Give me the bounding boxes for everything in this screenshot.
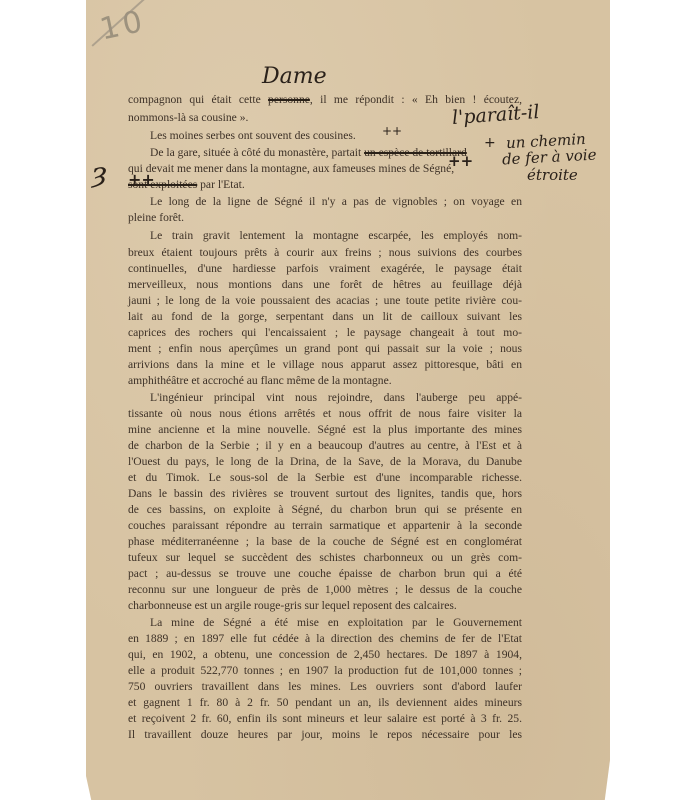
insert-mark-above: ++: [382, 124, 402, 138]
handwritten-dame: Dame: [262, 64, 327, 89]
text-line: charbonneuse est un argile rouge-gris su…: [128, 597, 457, 615]
text-line: nommons-là sa cousine ».: [128, 109, 248, 127]
margin-deletion-mark: ȝ: [92, 156, 107, 189]
text-line: Le long de la ligne de Ségné il n'y a pa…: [150, 193, 522, 211]
insert-mark-right: +: [484, 135, 496, 151]
text-line: Les moines serbes ont souvent des cousin…: [150, 127, 356, 145]
text-line: sont exploitées par l'Etat.: [128, 176, 245, 194]
handwritten-chemin-line3: étroite: [527, 166, 578, 184]
text-line: Il travaillent douze heures par jour, mo…: [128, 726, 522, 744]
text-line: pleine forêt.: [128, 209, 184, 227]
text-line: amphithéâtre et accroché au flanc même d…: [128, 372, 392, 390]
text-line: compagnon qui était cette personne, il m…: [128, 91, 522, 109]
text-line: Le train gravit lentement la montagne es…: [150, 227, 522, 245]
